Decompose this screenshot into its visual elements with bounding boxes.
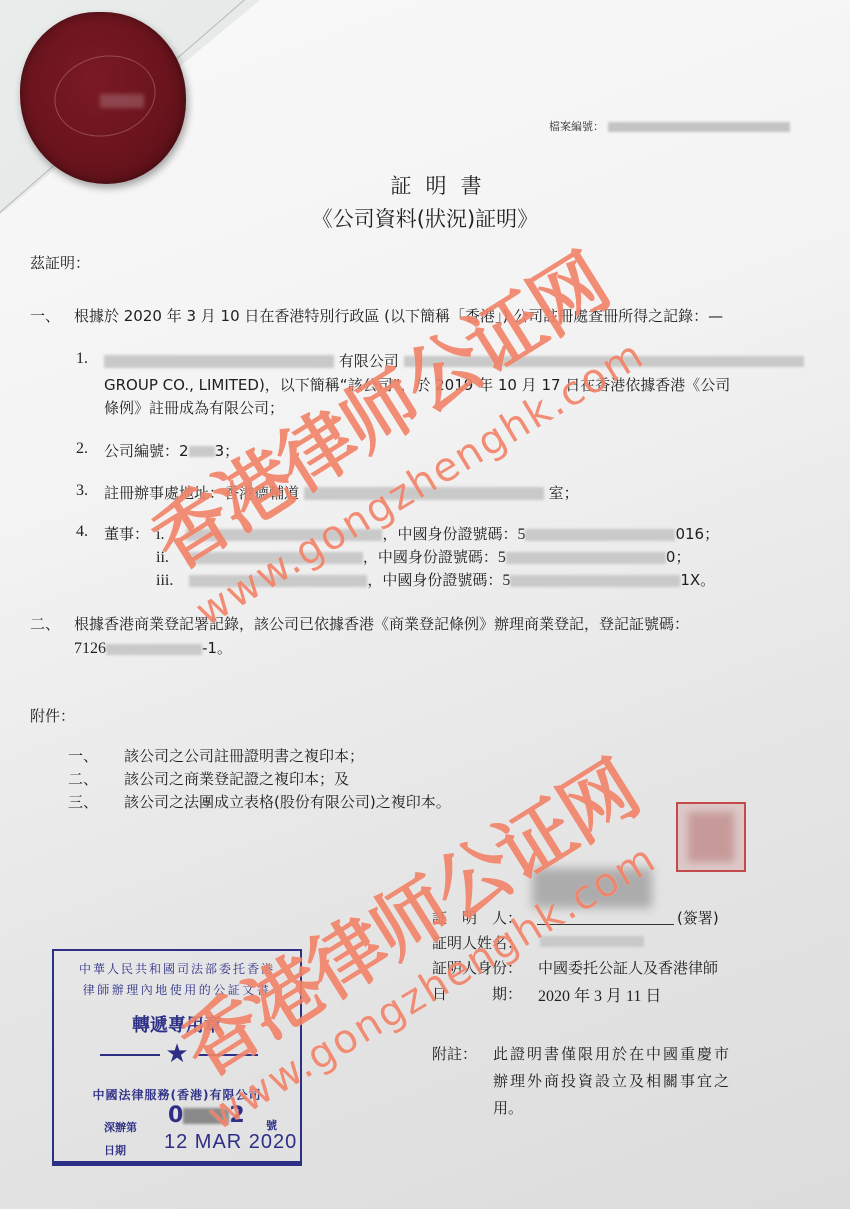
attachment-3-marker: 三、 (68, 791, 98, 812)
redacted-certifier-name (540, 936, 644, 947)
stamp-title: 轉遞專用章 (54, 1011, 300, 1037)
section2-text: 根據香港商業登記署記錄，該公司已依據香港《商業登記條例》辦理商業登記，登記証號碼… (74, 613, 689, 634)
stamp-company: 中國法律服務(香港)有限公司 (54, 1086, 300, 1103)
stamp-bottom-rule (52, 1163, 302, 1166)
lawyer-seal (676, 802, 746, 872)
redacted-company-name (104, 355, 334, 368)
director-1: i. ，中國身份證號碼：5016； (156, 523, 719, 544)
redacted-registration-number (106, 644, 202, 655)
attachment-3: 該公司之法團成立表格(股份有限公司)之複印本。 (124, 791, 451, 812)
stamp-date-label: 日期 (104, 1142, 126, 1158)
item1-line1: 有限公司 (104, 350, 804, 371)
signature-redacted (532, 868, 652, 908)
star-icon: ★ (54, 1039, 300, 1069)
item3-address: 註冊辦事處地址：香港德輔道 室； (104, 482, 579, 503)
item4-number: 4. (76, 523, 88, 541)
section1-marker: 一、 (30, 305, 60, 326)
remark-line-1: 此證明書僅限用於在中國重慶市 (493, 1043, 731, 1064)
section2-marker: 二、 (30, 613, 60, 634)
remark-label: 附註： (432, 1043, 477, 1064)
wax-seal (20, 12, 186, 184)
redacted-file-number (608, 122, 790, 132)
document-subtitle: 《公司資料(狀況)証明》 (0, 203, 850, 233)
redacted-id-number (506, 552, 666, 564)
attachment-1-marker: 一、 (68, 745, 98, 766)
stamp-number: 02 (168, 1103, 245, 1128)
certifier-date: 2020 年 3 月 11 日 (538, 983, 661, 1006)
item2-company-number: 公司編號：23； (104, 440, 239, 461)
stamp-number-label: 深辦第 (104, 1119, 137, 1135)
intro-text: 茲証明： (30, 252, 90, 273)
redacted-id-number (510, 575, 680, 587)
item1-line2: GROUP CO., LIMITED)，以下簡稱“該公司”，於 2019 年 1… (104, 374, 730, 395)
file-number: 檔案編號： (549, 118, 790, 134)
transmission-stamp: 中華人民共和國司法部委托香港 律師辦理內地使用的公証文書 轉遞專用章 ★ 中國法… (52, 949, 302, 1163)
attachment-1: 該公司之公司註冊證明書之複印本； (124, 745, 364, 766)
item2-number: 2. (76, 440, 88, 458)
signature-note: (簽署) (677, 907, 719, 928)
director-2: ii. ，中國身份證號碼：50； (156, 546, 690, 567)
stamp-rule-right (198, 1054, 258, 1056)
document-title: 証明書 (0, 170, 850, 200)
remark-line-2: 辦理外商投資設立及相關事宜之 (493, 1070, 731, 1091)
section1-text: 根據於 2020 年 3 月 10 日在香港特別行政區 (以下簡稱「香港」) 公… (74, 305, 723, 326)
director-3: iii. ，中國身份證號碼：51X。 (156, 569, 715, 590)
redacted-address (304, 487, 544, 500)
attachment-2: 該公司之商業登記證之複印本；及 (124, 768, 349, 789)
stamp-line-2: 律師辦理內地使用的公証文書 (54, 981, 300, 998)
redacted-director-name (186, 529, 382, 541)
stamp-line-1: 中華人民共和國司法部委托香港 (54, 960, 300, 977)
redacted-stamp-number (183, 1108, 229, 1124)
item1-number: 1. (76, 350, 88, 368)
attachments-heading: 附件： (30, 705, 75, 726)
certifier-name-label: 証明人姓名： (432, 932, 522, 953)
attachment-2-marker: 二、 (68, 768, 98, 789)
certifier-date-label: 日 期： (432, 983, 522, 1004)
certifier-signer-label: 証 明 人： (432, 907, 522, 928)
certifier-identity-label: 証明人身份： (432, 957, 522, 978)
business-registration-number: 7126-1。 (74, 637, 232, 658)
remark-line-3: 用。 (493, 1097, 523, 1118)
redacted-director-name (187, 552, 363, 564)
redacted-english-name (404, 356, 804, 367)
certifier-identity: 中國委托公証人及香港律師 (538, 957, 718, 978)
signature-line (537, 924, 674, 925)
redacted-id-number (525, 529, 675, 541)
item4-label: 董事： (104, 523, 149, 544)
redacted-director-name (189, 575, 367, 587)
item3-number: 3. (76, 482, 88, 500)
redacted-company-number (189, 446, 215, 457)
stamp-date: 12 MAR 2020 (164, 1131, 297, 1154)
item1-line3: 條例》註冊成為有限公司； (104, 397, 284, 418)
file-number-label: 檔案編號： (549, 120, 604, 133)
wax-seal-redacted-text (100, 94, 144, 108)
